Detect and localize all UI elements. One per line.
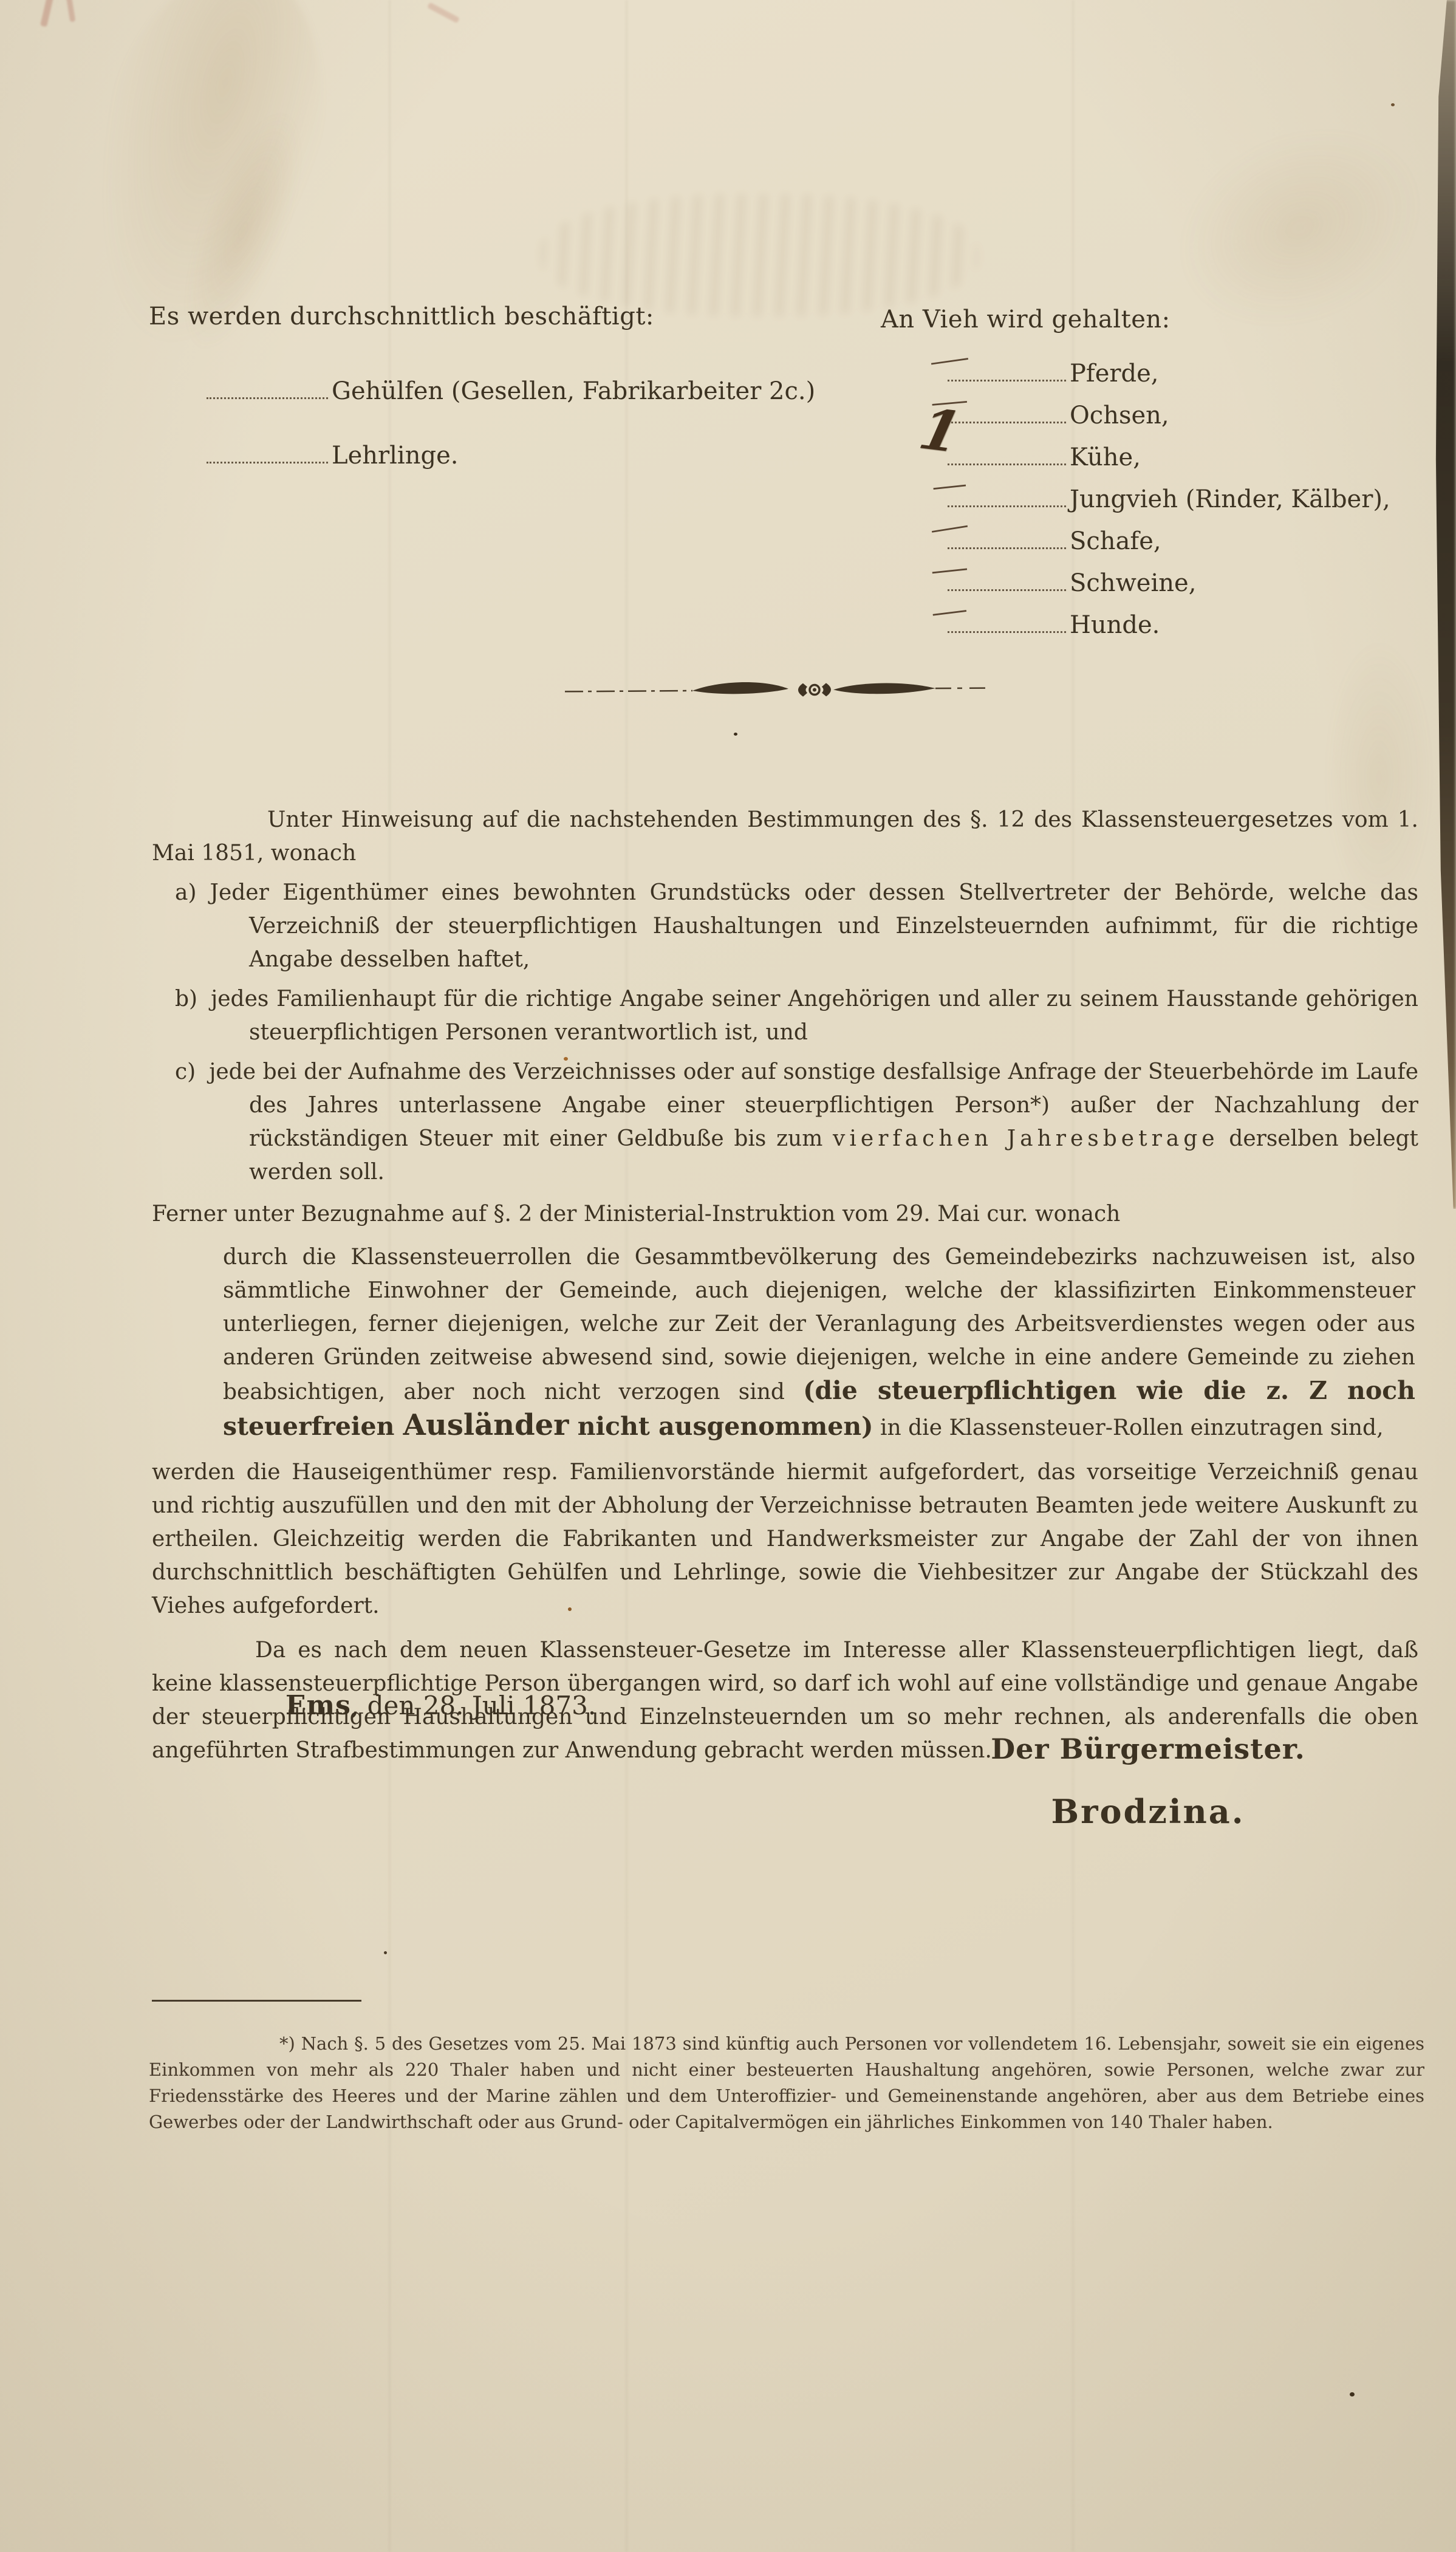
footnote-text: *) Nach §. 5 des Gesetzes vom 25. Mai 18… (149, 2031, 1424, 2135)
scanned-document-page: Es werden durchschnittlich beschäftigt: … (0, 0, 1456, 2552)
dotted-fill-in-line (948, 606, 1066, 633)
employment-row-label: Lehrlinge. (332, 442, 458, 470)
dotted-fill-in-line (207, 436, 328, 464)
livestock-row: — Jungvieh (Rinder, Kälber), (948, 480, 1390, 513)
livestock-row-label: Hunde. (1070, 611, 1160, 639)
dateline: Ems, den 28. Juli 1873. (285, 1690, 596, 1721)
dateline-place: Ems (285, 1690, 351, 1721)
employment-row: Lehrlinge. (207, 436, 458, 470)
list-marker: a) (175, 880, 197, 905)
livestock-row: — Hunde. (948, 606, 1160, 639)
list-marker: c) (175, 1059, 196, 1084)
list-item-a: a)Jeder Eigenthümer eines bewohnten Grun… (152, 876, 1418, 976)
ink-speck (1391, 103, 1395, 106)
bold-clause-emphasis: Ausländer (403, 1408, 569, 1442)
livestock-row: 1 Kühe, (948, 438, 1141, 471)
dotted-fill-in-line (207, 372, 328, 399)
livestock-row-label: Schweine, (1070, 569, 1196, 597)
signer-title: Der Bürgermeister. (972, 1733, 1324, 1765)
dotted-fill-in-line (948, 564, 1066, 591)
footnote-separator-rule (152, 2000, 361, 2002)
red-pencil-mark (427, 2, 460, 23)
employment-row-label: Gehülfen (Gesellen, Fabrikarbeiter 2c.) (332, 377, 815, 405)
list-item-c: c)jede bei der Aufnahme des Verzeichniss… (152, 1055, 1418, 1189)
signer-name: Brodzina. (972, 1792, 1324, 1831)
livestock-row: — Ochsen, (948, 396, 1169, 429)
ink-speck (384, 1951, 387, 1954)
livestock-row: — Pferde, (948, 354, 1159, 388)
request-paragraph: werden die Hauseigenthümer resp. Familie… (152, 1456, 1418, 1623)
paper-stain (1145, 90, 1455, 366)
bold-clause: nicht ausgenommen) (569, 1412, 873, 1441)
list-item-b: b)jedes Familienhaupt für die richtige A… (152, 982, 1418, 1049)
livestock-row-label: Schafe, (1070, 527, 1161, 555)
scan-page-edge (1434, 0, 1456, 1209)
ferner-paragraph: Ferner unter Bezugnahme auf §. 2 der Min… (152, 1197, 1418, 1231)
dotted-fill-in-line (948, 354, 1066, 381)
ink-bleedthrough-ghost (541, 194, 978, 316)
list-marker: b) (175, 987, 197, 1011)
livestock-row-label: Jungvieh (Rinder, Kälber), (1070, 485, 1390, 513)
livestock-row-label: Kühe, (1070, 443, 1141, 471)
employment-row: Gehülfen (Gesellen, Fabrikarbeiter 2c.) (207, 372, 815, 405)
dotted-fill-in-line (948, 438, 1066, 465)
dotted-fill-in-line (948, 522, 1066, 549)
ink-speck (1350, 2392, 1355, 2396)
list-item-text: Jeder Eigenthümer eines bewohnten Grunds… (210, 880, 1418, 972)
quote-text: in die Klassensteuer-Rollen einzutragen … (873, 1415, 1384, 1440)
livestock-row: — Schafe, (948, 522, 1161, 555)
quoted-instruction-paragraph: durch die Klassensteuerrollen die Gesamm… (223, 1240, 1415, 1445)
emphasized-spaced-text: vierfachen Jahresbetrage (833, 1126, 1219, 1151)
dateline-date: , den 28. Juli 1873. (351, 1691, 596, 1720)
intro-paragraph: Unter Hinweisung auf die nachstehenden B… (152, 803, 1418, 870)
livestock-row: — Schweine, (948, 564, 1196, 597)
ink-speck (734, 733, 737, 736)
red-pencil-mark (40, 0, 54, 27)
list-item-text: jedes Familienhaupt für die richtige Ang… (211, 987, 1418, 1045)
employment-section-heading: Es werden durchschnittlich beschäftigt: (149, 303, 654, 330)
divider-ornament-icon (564, 671, 989, 710)
red-pencil-mark (66, 0, 76, 22)
dotted-fill-in-line (948, 480, 1066, 507)
notice-body: Unter Hinweisung auf die nachstehenden B… (152, 803, 1418, 1767)
livestock-row-label: Ochsen, (1070, 402, 1169, 429)
livestock-row-label: Pferde, (1070, 360, 1159, 388)
livestock-section-heading: An Vieh wird gehalten: (881, 306, 1171, 334)
section-divider-ornament (564, 671, 989, 713)
